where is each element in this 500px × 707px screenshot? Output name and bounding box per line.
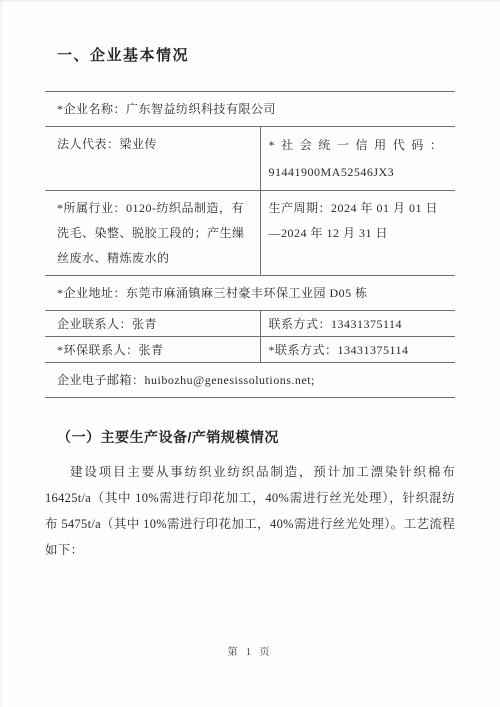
legal-rep-cell: 法人代表：梁业传 bbox=[45, 127, 260, 191]
document-content: 一、企业基本情况 *企业名称：广东智益纺织科技有限公司 法人代表：梁业传 *社会… bbox=[45, 0, 455, 563]
table-row-industry: *所属行业：0120-纺织品制造，有洗毛、染整、脱胶工段的；产生缫丝废水、精炼废… bbox=[45, 191, 455, 276]
company-name-cell: *企业名称：广东智益纺织科技有限公司 bbox=[45, 92, 455, 127]
email-cell: 企业电子邮箱：huibozhu@genesissolutions.net; bbox=[45, 363, 455, 398]
table-row-email: 企业电子邮箱：huibozhu@genesissolutions.net; bbox=[45, 363, 455, 398]
page-number: 第 1 页 bbox=[0, 643, 500, 658]
enterprise-info-table: *企业名称：广东智益纺织科技有限公司 法人代表：梁业传 *社会统一信用代码： 9… bbox=[45, 91, 455, 398]
document-page: 一、企业基本情况 *企业名称：广东智益纺织科技有限公司 法人代表：梁业传 *社会… bbox=[0, 0, 500, 707]
table-row-env-contact: *环保联系人：张青 *联系方式：13431375114 bbox=[45, 337, 455, 363]
section-title: 一、企业基本情况 bbox=[57, 44, 455, 65]
table-row-company-name: *企业名称：广东智益纺织科技有限公司 bbox=[45, 92, 455, 127]
production-period-cell: 生产周期：2024 年 01 月 01 日—2024 年 12 月 31 日 bbox=[260, 191, 455, 276]
table-row-company-contact: 企业联系人：张青 联系方式：13431375114 bbox=[45, 311, 455, 337]
subsection-title: （一）主要生产设备/产销规模情况 bbox=[57, 427, 455, 447]
industry-cell: *所属行业：0120-纺织品制造，有洗毛、染整、脱胶工段的；产生缫丝废水、精炼废… bbox=[45, 191, 260, 276]
company-contact-phone-cell: 联系方式：13431375114 bbox=[260, 311, 455, 337]
credit-code-cell: *社会统一信用代码： 91441900MA52546JX3 bbox=[260, 127, 455, 191]
address-cell: *企业地址：东莞市麻涌镇麻三村豪丰环保工业园 D05 栋 bbox=[45, 276, 455, 311]
table-row-address: *企业地址：东莞市麻涌镇麻三村豪丰环保工业园 D05 栋 bbox=[45, 276, 455, 311]
credit-code-value: 91441900MA52546JX3 bbox=[269, 159, 450, 186]
company-contact-cell: 企业联系人：张青 bbox=[45, 311, 260, 337]
env-contact-phone-cell: *联系方式：13431375114 bbox=[260, 337, 455, 363]
env-contact-cell: *环保联系人：张青 bbox=[45, 337, 260, 363]
credit-code-label: *社会统一信用代码： bbox=[269, 132, 450, 159]
project-description-paragraph: 建设项目主要从事纺织业纺织品制造，预计加工漂染针织棉布 16425t/a（其中 … bbox=[45, 459, 455, 563]
table-row-legal-rep: 法人代表：梁业传 *社会统一信用代码： 91441900MA52546JX3 bbox=[45, 127, 455, 191]
